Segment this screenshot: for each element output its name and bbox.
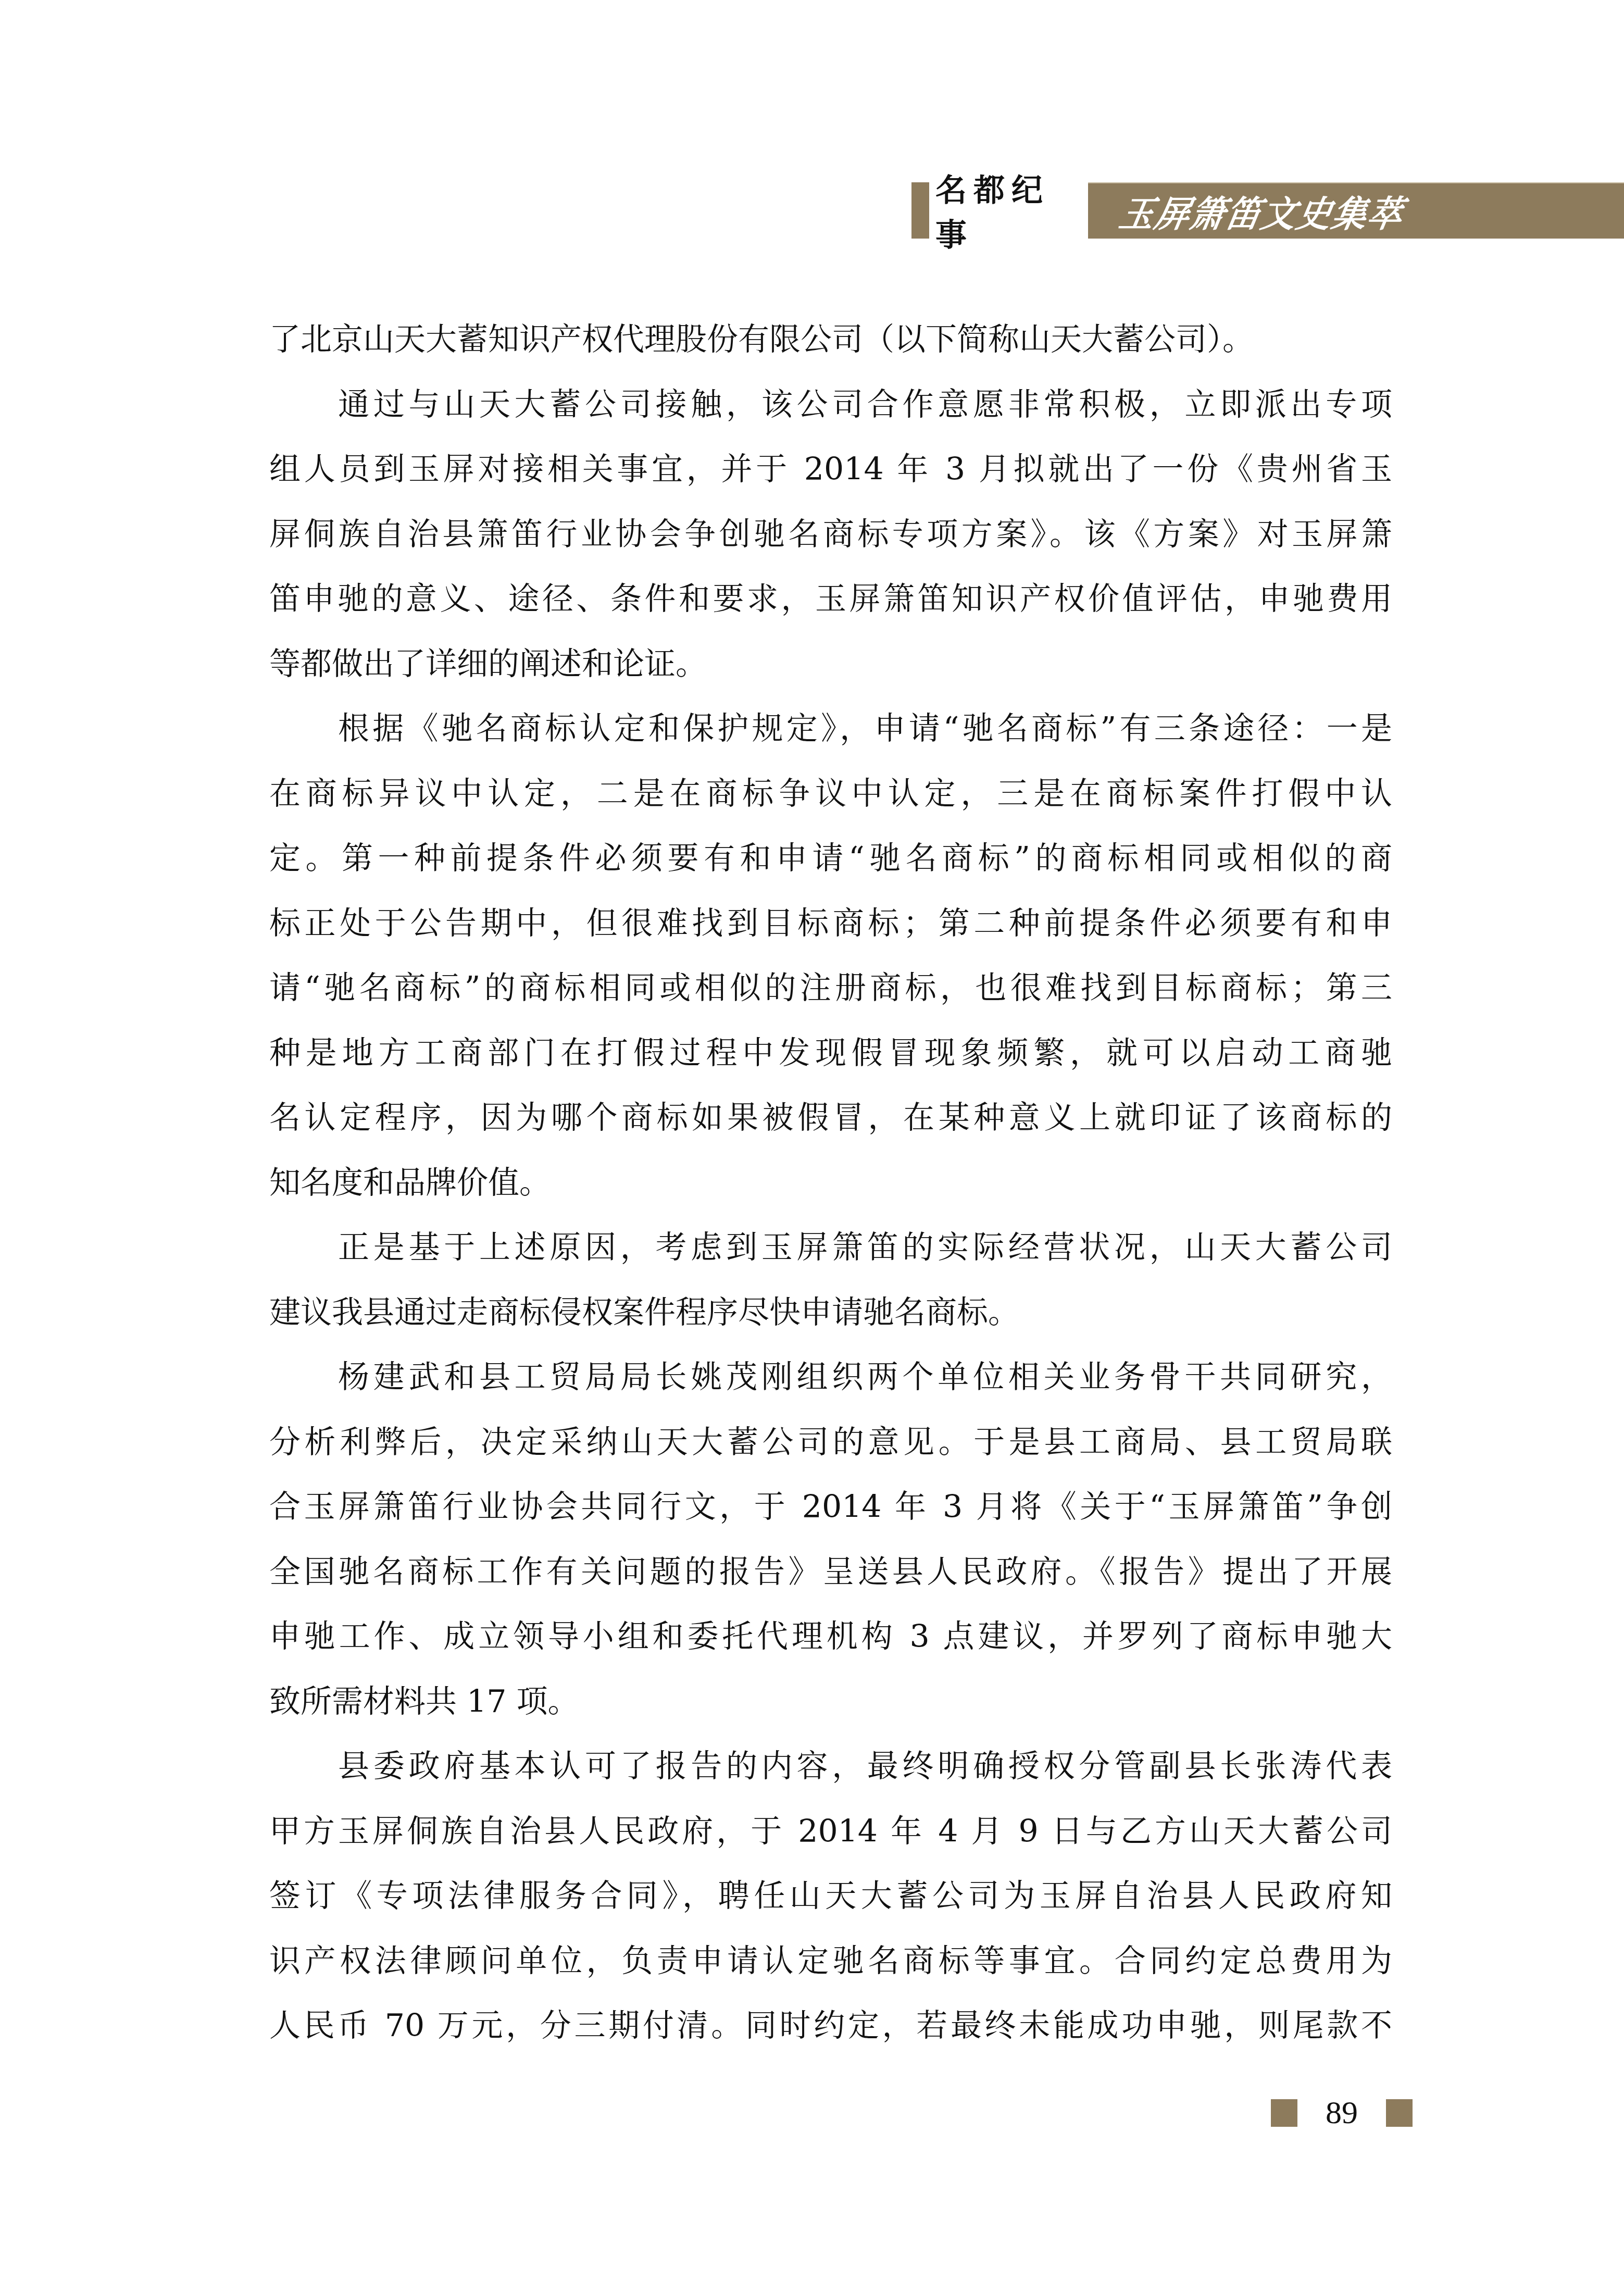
text-line: 名认定程序，因为哪个商标如果被假冒，在某种意义上就印证了该商标的: [269, 1094, 1392, 1160]
text-line: 根据《驰名商标认定和保护规定》，申请“驰名商标”有三条途径：一是: [269, 705, 1392, 770]
text-line: 了北京山天大蓄知识产权代理股份有限公司（以下简称山天大蓄公司）。: [269, 316, 1392, 381]
text-line: 标正处于公告期中，但很难找到目标商标；第二种前提条件必须要有和申: [269, 900, 1392, 965]
text-line: 签订《专项法律服务合同》，聘任山天大蓄公司为玉屏自治县人民政府知: [269, 1873, 1392, 1938]
header-accent-bar: [911, 182, 929, 239]
text-line: 在商标异议中认定，二是在商标争议中认定，三是在商标案件打假中认: [269, 770, 1392, 836]
footer-square-right-icon: [1386, 2099, 1413, 2127]
series-banner: 玉屏箫笛文史集萃: [1088, 182, 1624, 239]
text-line: 等都做出了详细的阐述和论证。: [269, 641, 1392, 706]
text-line: 分析利弊后，决定采纳山天大蓄公司的意见。于是县工商局、县工贸局联: [269, 1419, 1392, 1484]
text-line: 致所需材料共 17 项。: [269, 1678, 1392, 1743]
text-line: 建议我县通过走商标侵权案件程序尽快申请驰名商标。: [269, 1289, 1392, 1354]
text-line: 知名度和品牌价值。: [269, 1160, 1392, 1225]
text-line: 种是地方工商部门在打假过程中发现假冒现象频繁，就可以启动工商驰: [269, 1030, 1392, 1095]
page-number: 89: [1297, 2099, 1386, 2127]
text-line: 通过与山天大蓄公司接触，该公司合作意愿非常积极，立即派出专项: [269, 381, 1392, 446]
text-line: 人民币 70 万元，分三期付清。同时约定，若最终未能成功申驰，则尾款不: [269, 2002, 1392, 2067]
text-line: 定。第一种前提条件必须要有和申请“驰名商标”的商标相同或相似的商: [269, 835, 1392, 900]
text-line: 甲方玉屏侗族自治县人民政府，于 2014 年 4 月 9 日与乙方山天大蓄公司: [269, 1808, 1392, 1873]
text-line: 笛申驰的意义、途径、条件和要求，玉屏箫笛知识产权价值评估，申驰费用: [269, 576, 1392, 641]
body-text: 了北京山天大蓄知识产权代理股份有限公司（以下简称山天大蓄公司）。 通过与山天大蓄…: [269, 316, 1392, 2067]
text-line: 正是基于上述原因，考虑到玉屏箫笛的实际经营状况，山天大蓄公司: [269, 1224, 1392, 1289]
text-line: 申驰工作、成立领导小组和委托代理机构 3 点建议，并罗列了商标申驰大: [269, 1613, 1392, 1678]
text-line: 县委政府基本认可了报告的内容，最终明确授权分管副县长张涛代表: [269, 1743, 1392, 1808]
text-line: 请“驰名商标”的商标相同或相似的注册商标，也很难找到目标商标；第三: [269, 965, 1392, 1030]
text-line: 组人员到玉屏对接相关事宜，并于 2014 年 3 月拟就出了一份《贵州省玉: [269, 446, 1392, 511]
text-line: 识产权法律顾问单位，负责申请认定驰名商标等事宜。合同约定总费用为: [269, 1938, 1392, 2003]
text-line: 杨建武和县工贸局局长姚茂刚组织两个单位相关业务骨干共同研究，: [269, 1354, 1392, 1419]
section-title: 名都纪事: [935, 182, 1086, 239]
series-title: 玉屏箫笛文史集萃: [1116, 185, 1408, 237]
text-line: 屏侗族自治县箫笛行业协会争创驰名商标专项方案》。该《方案》对玉屏箫: [269, 511, 1392, 576]
page-footer: 89: [1271, 2099, 1413, 2127]
footer-square-left-icon: [1271, 2099, 1297, 2127]
text-line: 合玉屏箫笛行业协会共同行文，于 2014 年 3 月将《关于“玉屏箫笛”争创: [269, 1483, 1392, 1549]
text-line: 全国驰名商标工作有关问题的报告》呈送县人民政府。《报告》提出了开展: [269, 1549, 1392, 1614]
